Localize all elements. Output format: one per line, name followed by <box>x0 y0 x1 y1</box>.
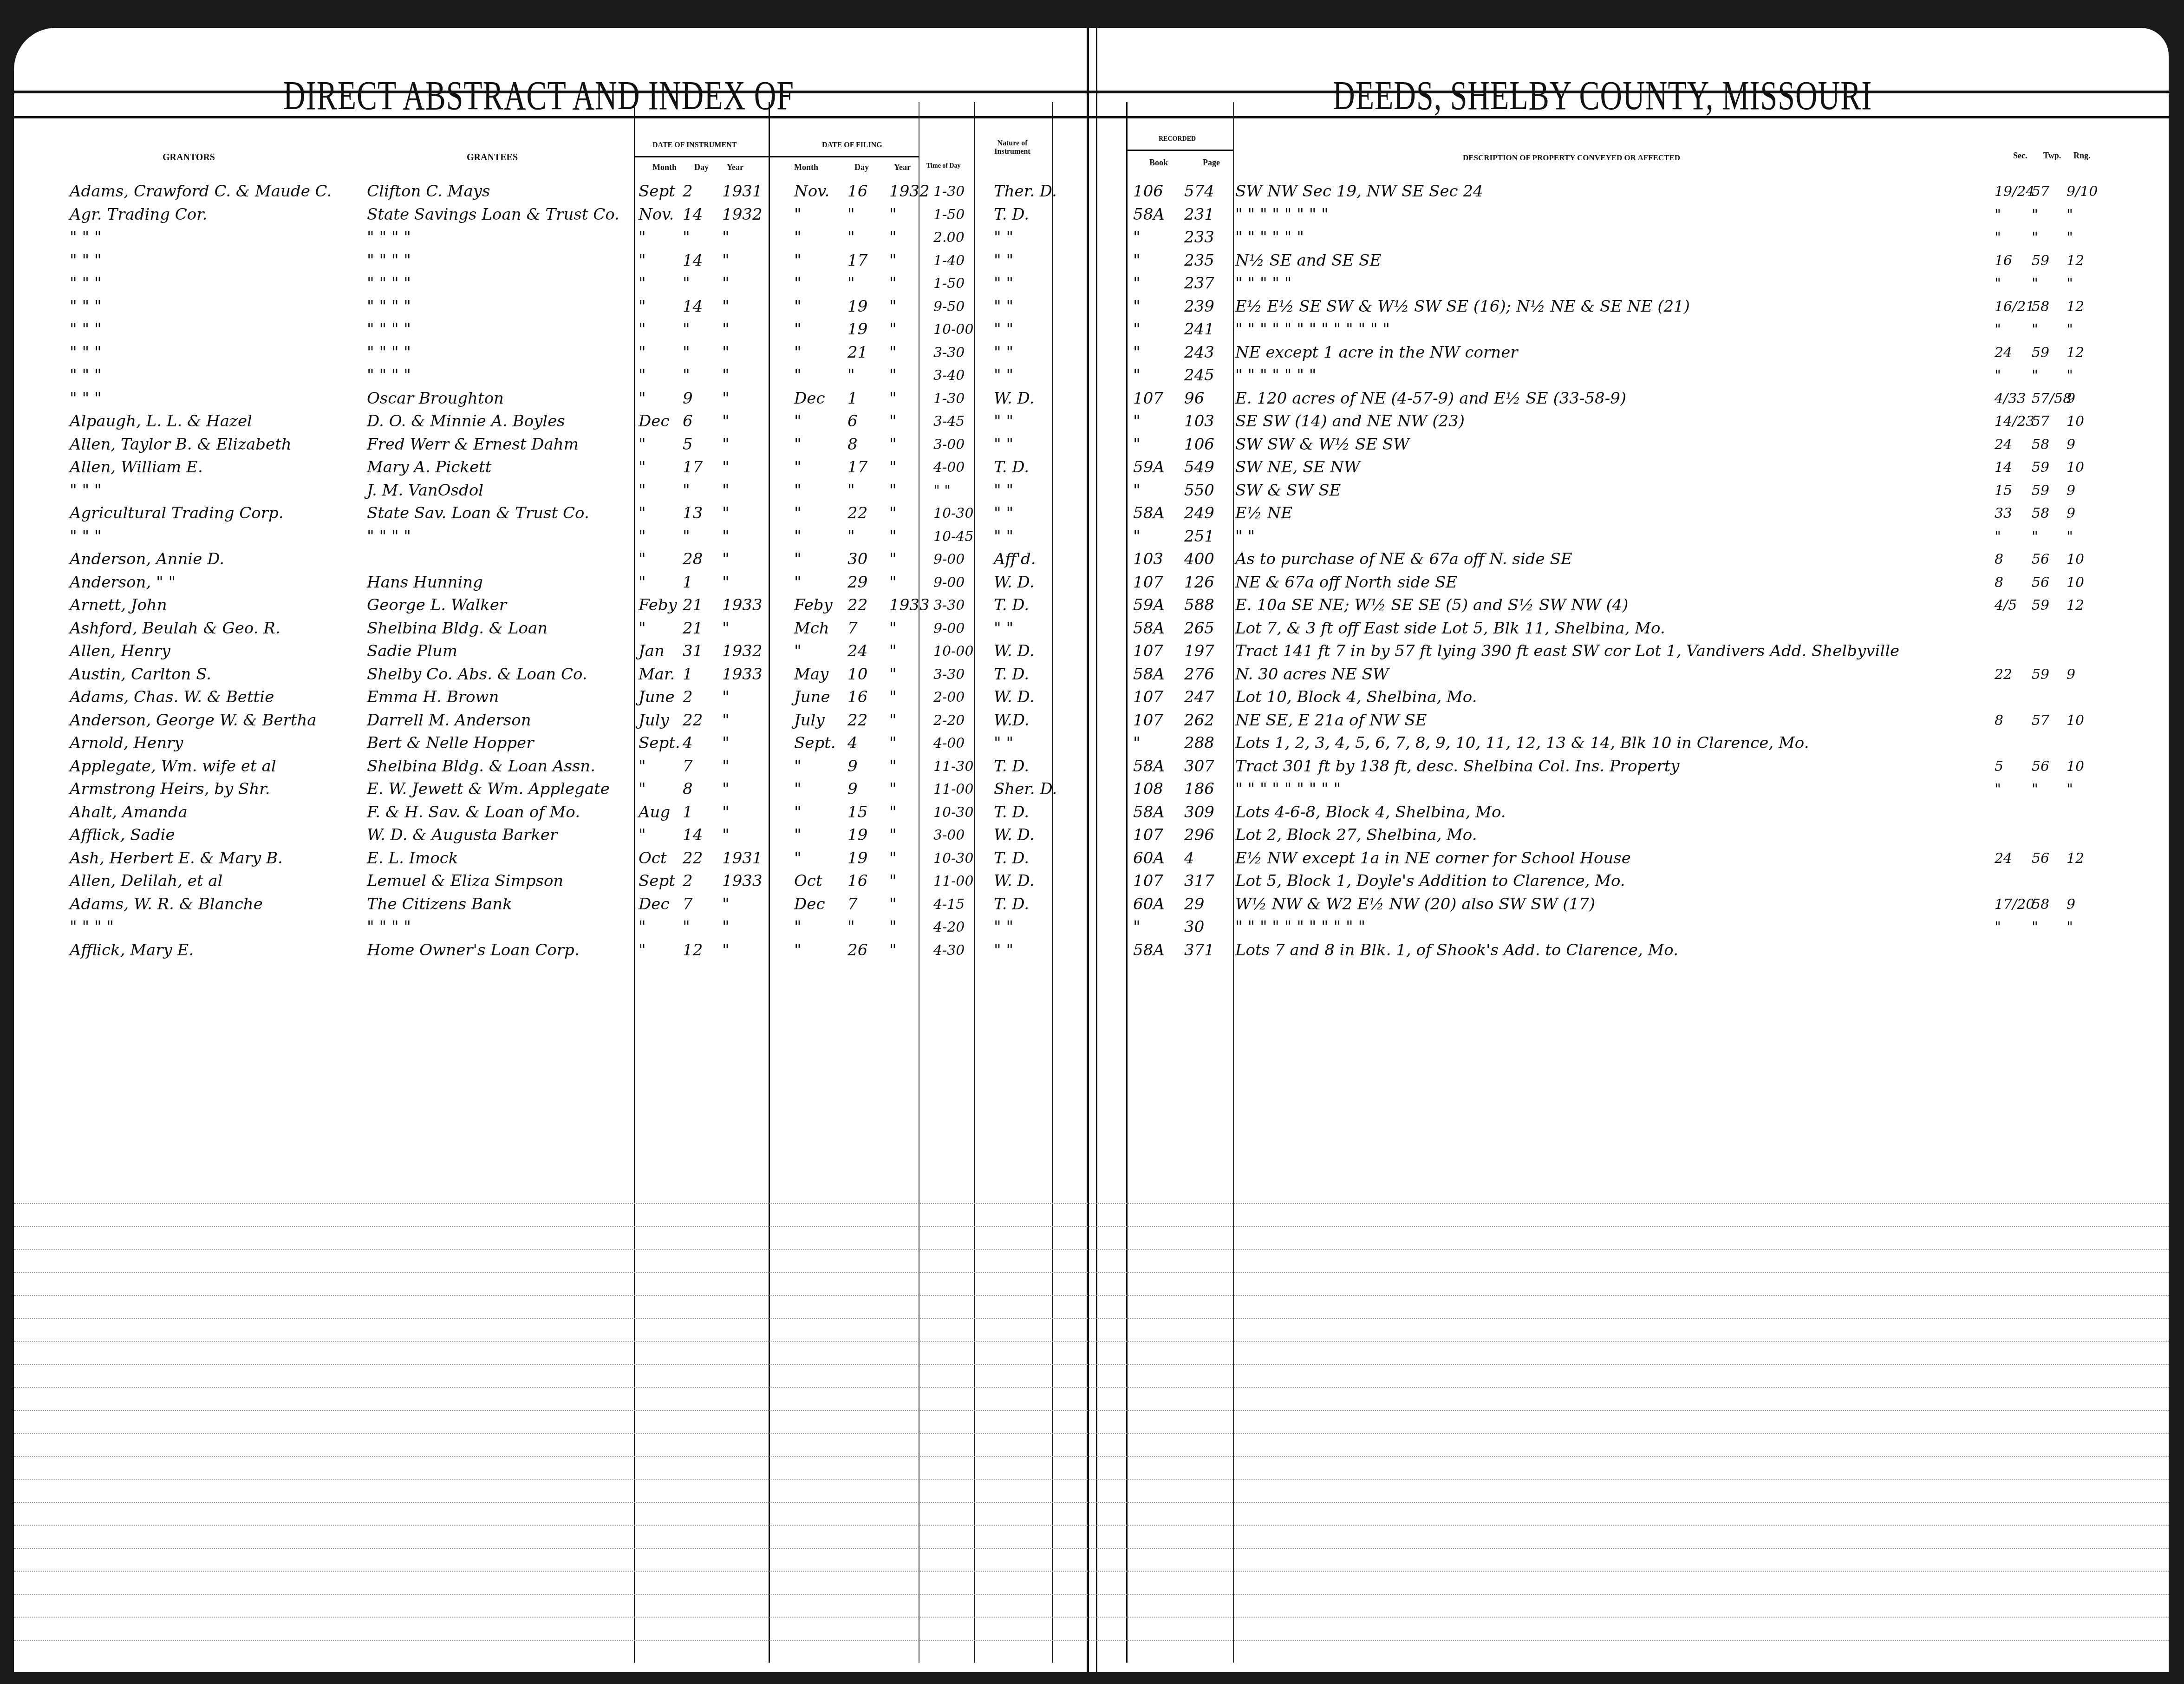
page-number: 400 <box>1184 549 1214 570</box>
range: 12 <box>2067 296 2084 317</box>
table-row: " " "" " " """""""2.00" ""233" " " " " "… <box>14 227 2169 248</box>
filing-day: " <box>848 917 855 938</box>
book-number: 60A <box>1133 848 1165 869</box>
range: " <box>2067 319 2073 340</box>
section: " <box>1995 204 2001 225</box>
table-row: Adams, W. R. & BlancheThe Citizens BankD… <box>14 894 2169 915</box>
range: 9 <box>2067 503 2075 524</box>
table-row: Allen, Taylor B. & ElizabethFred Werr & … <box>14 434 2169 455</box>
ruled-line <box>14 1226 2169 1227</box>
section: 16 <box>1995 250 2012 271</box>
instrument-day: 14 <box>683 204 703 225</box>
instrument-year: 1931 <box>722 848 763 869</box>
book-number: " <box>1133 480 1141 501</box>
instrument-year: " <box>722 526 730 547</box>
property-description: E. 10a SE NE; W½ SE SE (5) and S½ SW NW … <box>1235 595 1629 616</box>
filing-time: 1-50 <box>933 273 965 294</box>
filing-day: 24 <box>848 641 867 662</box>
table-row: Alpaugh, L. L. & HazelD. O. & Minnie A. … <box>14 411 2169 432</box>
page-number: 307 <box>1184 756 1214 777</box>
instrument-day: 22 <box>683 710 703 731</box>
township: " <box>2032 204 2038 225</box>
instrument-month: Aug <box>639 802 670 823</box>
grantee-cell: " " " " <box>367 526 645 547</box>
instrument-day: 28 <box>683 549 703 570</box>
filing-day: 19 <box>848 296 867 317</box>
instrument-month: Jan <box>639 641 665 662</box>
filing-day: 15 <box>848 802 867 823</box>
range: " <box>2067 365 2073 386</box>
grantee-cell: Lemuel & Eliza Simpson <box>367 871 645 892</box>
grantor-cell: Anderson, Annie D. <box>70 549 627 570</box>
book-number: 58A <box>1133 940 1165 961</box>
ruled-line <box>14 1295 2169 1296</box>
property-description: Tract 301 ft by 138 ft, desc. Shelbina C… <box>1235 756 1680 777</box>
grantee-cell: " " " " <box>367 250 645 271</box>
filing-day: " <box>848 526 855 547</box>
nature-of-instrument: W. D. <box>994 572 1034 593</box>
instrument-month: " <box>639 434 646 455</box>
book-number: " <box>1133 365 1141 386</box>
book-number: 107 <box>1133 710 1163 731</box>
book-number: 58A <box>1133 802 1165 823</box>
instrument-year: " <box>722 388 730 409</box>
book-number: 107 <box>1133 871 1163 892</box>
property-description: W½ NW & W2 E½ NW (20) also SW SW (17) <box>1235 894 1595 915</box>
instrument-year: " <box>722 296 730 317</box>
divider <box>634 156 769 157</box>
book-number: " <box>1133 733 1141 754</box>
nature-of-instrument: W.D. <box>994 710 1030 731</box>
filing-month: " <box>794 503 802 524</box>
instrument-day: " <box>683 526 690 547</box>
nature-of-instrument: T. D. <box>994 802 1029 823</box>
filing-month: " <box>794 940 802 961</box>
instrument-day: 7 <box>683 756 693 777</box>
filing-year: " <box>889 480 897 501</box>
page-number: 550 <box>1184 480 1214 501</box>
instrument-year: " <box>722 480 730 501</box>
table-row: Allen, Delilah, et alLemuel & Eliza Simp… <box>14 871 2169 892</box>
instrument-year: " <box>722 227 730 248</box>
header-rule-bottom <box>14 116 2169 118</box>
filing-day: " <box>848 365 855 386</box>
page-number: 309 <box>1184 802 1214 823</box>
property-description: SW SW & W½ SE SW <box>1235 434 1409 455</box>
book-number: " <box>1133 296 1141 317</box>
township: 56 <box>2032 848 2049 869</box>
section: " <box>1995 365 2001 386</box>
grantee-cell: State Savings Loan & Trust Co. <box>367 204 645 225</box>
instrument-day: 14 <box>683 250 703 271</box>
nature-of-instrument: T. D. <box>994 664 1029 685</box>
grantee-cell: Mary A. Pickett <box>367 457 645 478</box>
filing-time: 1-30 <box>933 181 965 202</box>
instrument-day: 21 <box>683 595 703 616</box>
filing-time: 10-45 <box>933 526 973 547</box>
book-number: 58A <box>1133 756 1165 777</box>
ruled-line <box>14 1272 2169 1273</box>
filing-year: " <box>889 457 897 478</box>
table-row: " " "" " " """""19"10-00" ""241" " " " "… <box>14 319 2169 340</box>
page-number: 265 <box>1184 618 1214 639</box>
filing-year: " <box>889 641 897 662</box>
property-description: " " " " " <box>1235 273 1291 294</box>
instrument-day: " <box>683 342 690 363</box>
page-number: 4 <box>1184 848 1194 869</box>
filing-year: " <box>889 917 897 938</box>
filing-time: 1-30 <box>933 388 965 409</box>
filing-month: " <box>794 365 802 386</box>
filing-day: 30 <box>848 549 867 570</box>
township: 56 <box>2032 549 2049 570</box>
section: " <box>1995 526 2001 547</box>
filing-time: 4-00 <box>933 457 965 478</box>
nature-of-instrument: " " <box>994 503 1013 524</box>
filing-day: " <box>848 227 855 248</box>
book-number: 58A <box>1133 618 1165 639</box>
section: " <box>1995 917 2001 938</box>
filing-month: July <box>794 710 825 731</box>
filing-month: " <box>794 480 802 501</box>
book-number: 107 <box>1133 388 1163 409</box>
property-description: " " " " " " " " " <box>1235 779 1341 800</box>
book-number: 106 <box>1133 181 1163 202</box>
nature-of-instrument: T. D. <box>994 457 1029 478</box>
property-description: " " " " " " " " " " " " " <box>1235 319 1390 340</box>
nature-of-instrument: Aff'd. <box>994 549 1036 570</box>
grantee-cell: State Sav. Loan & Trust Co. <box>367 503 645 524</box>
col-time-of-day: Time of Day <box>926 163 961 170</box>
page-number: 126 <box>1184 572 1214 593</box>
nature-of-instrument: " " <box>994 434 1013 455</box>
col-grantors: GRANTORS <box>163 152 215 163</box>
instrument-month: " <box>639 572 646 593</box>
property-description: Lot 2, Block 27, Shelbina, Mo. <box>1235 825 1477 846</box>
book-number: " <box>1133 526 1141 547</box>
filing-year: " <box>889 618 897 639</box>
filing-year: 1932 <box>889 181 930 202</box>
instrument-month: Dec <box>639 894 669 915</box>
grantee-cell: E. L. Imock <box>367 848 645 869</box>
township: " <box>2032 365 2038 386</box>
nature-of-instrument: " " <box>994 480 1013 501</box>
section: 4/33 <box>1995 388 2026 409</box>
filing-time: 4-15 <box>933 894 965 915</box>
table-row: Anderson, Annie D."28""30"9-00Aff'd.1034… <box>14 549 2169 570</box>
instrument-year: " <box>722 802 730 823</box>
book-number: 107 <box>1133 572 1163 593</box>
page-number: 103 <box>1184 411 1214 432</box>
filing-month: Dec <box>794 894 825 915</box>
ruled-line <box>14 1617 2169 1618</box>
instrument-day: 31 <box>683 641 703 662</box>
nature-of-instrument: W. D. <box>994 388 1034 409</box>
ruled-line <box>14 1203 2169 1204</box>
filing-day: " <box>848 273 855 294</box>
page-number: 186 <box>1184 779 1214 800</box>
township: 56 <box>2032 756 2049 777</box>
col-rng: Rng. <box>2073 151 2091 161</box>
filing-time: 11-30 <box>933 756 973 777</box>
filing-time: 2-00 <box>933 687 965 708</box>
filing-year: " <box>889 756 897 777</box>
table-row: " " "" " " ""14""17"1-40" ""235N½ SE and… <box>14 250 2169 271</box>
instrument-day: 5 <box>683 434 693 455</box>
filing-year: " <box>889 388 897 409</box>
table-row: Adams, Chas. W. & BettieEmma H. BrownJun… <box>14 687 2169 708</box>
filing-year: " <box>889 802 897 823</box>
page-number: 247 <box>1184 687 1214 708</box>
nature-of-instrument: T. D. <box>994 894 1029 915</box>
grantee-cell: Shelby Co. Abs. & Loan Co. <box>367 664 645 685</box>
section: 17/20 <box>1995 894 2034 915</box>
title-left: DIRECT ABSTRACT AND INDEX OF <box>283 72 794 120</box>
filing-day: 8 <box>848 434 858 455</box>
instrument-day: " <box>683 480 690 501</box>
filing-time: 3-30 <box>933 595 965 616</box>
range: 10 <box>2067 572 2084 593</box>
ruled-line <box>14 1548 2169 1549</box>
instrument-month: " <box>639 388 646 409</box>
section: 8 <box>1995 549 2003 570</box>
range: " <box>2067 204 2073 225</box>
filing-time: 4-20 <box>933 917 965 938</box>
range: " <box>2067 779 2073 800</box>
page-number: 241 <box>1184 319 1214 340</box>
instrument-year: " <box>722 917 730 938</box>
township: " <box>2032 227 2038 248</box>
book-number: " <box>1133 342 1141 363</box>
instrument-year: " <box>722 572 730 593</box>
filing-day: 4 <box>848 733 858 754</box>
section: 8 <box>1995 710 2003 731</box>
table-row: " " "" " " """""21"3-30" ""243NE except … <box>14 342 2169 363</box>
filing-time: 2-20 <box>933 710 965 731</box>
section: 8 <box>1995 572 2003 593</box>
book-number: " <box>1133 434 1141 455</box>
property-description: " " " " " " " " <box>1235 204 1329 225</box>
nature-of-instrument: " " <box>994 227 1013 248</box>
range: 12 <box>2067 595 2084 616</box>
filing-time: 3-45 <box>933 411 965 432</box>
filing-day: 26 <box>848 940 867 961</box>
instrument-year: " <box>722 687 730 708</box>
instrument-month: " <box>639 779 646 800</box>
table-row: Afflick, SadieW. D. & Augusta Barker"14"… <box>14 825 2169 846</box>
township: 57/58 <box>2032 388 2072 409</box>
instrument-day: " <box>683 365 690 386</box>
filing-time: 3-00 <box>933 434 965 455</box>
page-number: 249 <box>1184 503 1214 524</box>
section: 15 <box>1995 480 2012 501</box>
filing-year: " <box>889 227 897 248</box>
property-description: SW NE, SE NW <box>1235 457 1360 478</box>
nature-of-instrument: W. D. <box>994 641 1034 662</box>
table-row: " " "Oscar Broughton"9"Dec1"1-30W. D.107… <box>14 388 2169 409</box>
nature-of-instrument: " " <box>994 342 1013 363</box>
filing-day: 16 <box>848 181 867 202</box>
grantee-cell: J. M. VanOsdol <box>367 480 645 501</box>
filing-year: " <box>889 687 897 708</box>
instrument-year: " <box>722 273 730 294</box>
grantee-cell: Home Owner's Loan Corp. <box>367 940 645 961</box>
filing-month: Oct <box>794 871 822 892</box>
filing-time: 3-30 <box>933 664 965 685</box>
instrument-year: " <box>722 411 730 432</box>
page-number: 30 <box>1184 917 1204 938</box>
ruled-line <box>14 1249 2169 1250</box>
instrument-day: 2 <box>683 871 693 892</box>
instrument-year: " <box>722 250 730 271</box>
filing-time: 10-30 <box>933 848 973 869</box>
filing-time: 2.00 <box>933 227 965 248</box>
table-row: Afflick, Mary E.Home Owner's Loan Corp."… <box>14 940 2169 961</box>
col-f-day: Day <box>854 163 869 172</box>
instrument-day: 13 <box>683 503 703 524</box>
page-number: 106 <box>1184 434 1214 455</box>
filing-day: 1 <box>848 388 858 409</box>
table-row: Ash, Herbert E. & Mary B.E. L. ImockOct2… <box>14 848 2169 869</box>
nature-of-instrument: " " <box>994 319 1013 340</box>
instrument-month: Sept <box>639 181 675 202</box>
instrument-year: " <box>722 319 730 340</box>
range: 10 <box>2067 549 2084 570</box>
range: 9 <box>2067 434 2075 455</box>
table-row: Anderson, " "Hans Hunning"1""29"9-00W. D… <box>14 572 2169 593</box>
range: 9 <box>2067 894 2075 915</box>
divider <box>769 156 919 157</box>
divider <box>1126 150 1233 151</box>
grantee-cell: " " " " <box>367 296 645 317</box>
page-number: 245 <box>1184 365 1214 386</box>
township: 57 <box>2032 710 2049 731</box>
instrument-month: " <box>639 825 646 846</box>
filing-month: " <box>794 572 802 593</box>
section: 24 <box>1995 848 2012 869</box>
filing-time: 11-00 <box>933 779 973 800</box>
instrument-day: 14 <box>683 296 703 317</box>
page-number: 197 <box>1184 641 1214 662</box>
township: 57 <box>2032 181 2049 202</box>
table-row: Ashford, Beulah & Geo. R.Shelbina Bldg. … <box>14 618 2169 639</box>
book-number: " <box>1133 250 1141 271</box>
grantee-cell: Oscar Broughton <box>367 388 645 409</box>
nature-of-instrument: Ther. D. <box>994 181 1057 202</box>
filing-year: " <box>889 871 897 892</box>
filing-time: 9-00 <box>933 572 965 593</box>
page-number: 371 <box>1184 940 1214 961</box>
table-row: Anderson, George W. & BerthaDarrell M. A… <box>14 710 2169 731</box>
page-number: 549 <box>1184 457 1214 478</box>
instrument-year: " <box>722 779 730 800</box>
ruled-line <box>14 1479 2169 1480</box>
instrument-month: Mar. <box>639 664 675 685</box>
book-number: 107 <box>1133 825 1163 846</box>
filing-day: 16 <box>848 871 867 892</box>
township: 59 <box>2032 342 2049 363</box>
book-number: " <box>1133 227 1141 248</box>
ruled-line <box>14 1456 2169 1457</box>
grantee-cell: " " " " <box>367 273 645 294</box>
township: 59 <box>2032 595 2049 616</box>
instrument-year: 1933 <box>722 871 763 892</box>
grantee-cell: Shelbina Bldg. & Loan Assn. <box>367 756 645 777</box>
page-number: 235 <box>1184 250 1214 271</box>
instrument-month: " <box>639 319 646 340</box>
section: 14/23 <box>1995 411 2034 432</box>
property-description: E½ NE <box>1235 503 1292 524</box>
property-description: NE SE, E 21a of NW SE <box>1235 710 1427 731</box>
instrument-year: 1933 <box>722 595 763 616</box>
township: 59 <box>2032 457 2049 478</box>
ruled-line <box>14 1410 2169 1411</box>
filing-time: 3-40 <box>933 365 965 386</box>
filing-month: Sept. <box>794 733 836 754</box>
filing-time: 3-30 <box>933 342 965 363</box>
instrument-month: " <box>639 503 646 524</box>
section: " <box>1995 319 2001 340</box>
page-number: 237 <box>1184 273 1214 294</box>
instrument-month: " <box>639 756 646 777</box>
instrument-year: 1932 <box>722 204 763 225</box>
ruled-line <box>14 1571 2169 1572</box>
ledger-page: DIRECT ABSTRACT AND INDEX OF DEEDS, SHEL… <box>14 28 2169 1672</box>
instrument-month: June <box>639 687 675 708</box>
page-number: 96 <box>1184 388 1204 409</box>
filing-year: " <box>889 434 897 455</box>
col-date-instrument: DATE OF INSTRUMENT <box>652 141 737 150</box>
instrument-day: 12 <box>683 940 703 961</box>
page-number: 231 <box>1184 204 1214 225</box>
instrument-day: " <box>683 319 690 340</box>
instrument-year: " <box>722 342 730 363</box>
book-number: 108 <box>1133 779 1163 800</box>
filing-month: Nov. <box>794 181 829 202</box>
table-row: Adams, Crawford C. & Maude C.Clifton C. … <box>14 181 2169 202</box>
ruled-line <box>14 1502 2169 1503</box>
col-description: DESCRIPTION OF PROPERTY CONVEYED OR AFFE… <box>1463 153 1680 163</box>
grantee-cell: The Citizens Bank <box>367 894 645 915</box>
book-number: 59A <box>1133 457 1165 478</box>
table-row: Arnett, JohnGeorge L. WalkerFeby211933Fe… <box>14 595 2169 616</box>
instrument-day: 6 <box>683 411 693 432</box>
filing-month: June <box>794 687 830 708</box>
filing-month: May <box>794 664 828 685</box>
col-page: Page <box>1203 158 1220 168</box>
property-description: Lot 10, Block 4, Shelbina, Mo. <box>1235 687 1477 708</box>
filing-year: " <box>889 273 897 294</box>
filing-day: 22 <box>848 503 867 524</box>
instrument-month: " <box>639 526 646 547</box>
property-description: Lot 5, Block 1, Doyle's Addition to Clar… <box>1235 871 1625 892</box>
instrument-month: Sept. <box>639 733 680 754</box>
instrument-month: Nov. <box>639 204 674 225</box>
instrument-day: 1 <box>683 664 693 685</box>
section: 22 <box>1995 664 2012 685</box>
filing-time: 4-30 <box>933 940 965 961</box>
col-sec: Sec. <box>2013 151 2028 161</box>
nature-of-instrument: T. D. <box>994 204 1029 225</box>
instrument-month: " <box>639 917 646 938</box>
filing-month: " <box>794 802 802 823</box>
grantee-cell: " " " " <box>367 319 645 340</box>
nature-of-instrument: " " <box>994 618 1013 639</box>
section: 4/5 <box>1995 595 2017 616</box>
col-i-year: Year <box>727 163 743 172</box>
book-number: " <box>1133 273 1141 294</box>
grantee-cell: Bert & Nelle Hopper <box>367 733 645 754</box>
